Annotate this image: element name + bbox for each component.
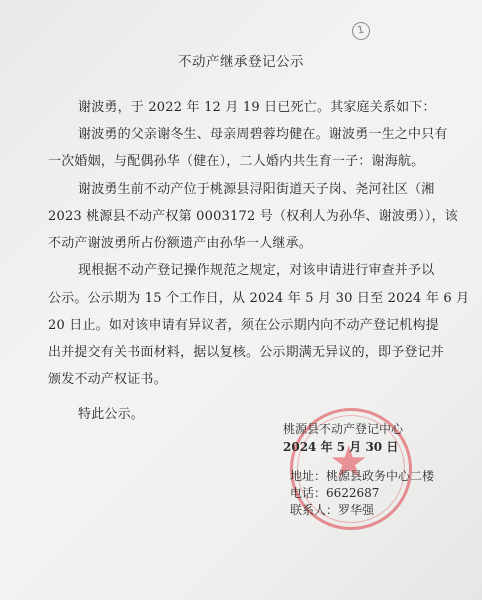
paragraph-3-line-1: 谢波勇生前不动产位于桃源县浔阳街道天子岗、尧河社区（湘 — [78, 178, 434, 197]
paragraph-3-line-3: 不动产谢波勇所占份额遗产由孙华一人继承。 — [48, 232, 312, 251]
paragraph-5-closing: 特此公示。 — [78, 403, 144, 422]
document-page: 1 不动产继承登记公示 谢波勇，于 2022 年 12 月 19 日已死亡。其家… — [0, 0, 482, 600]
paragraph-2-line-1: 谢波勇的父亲谢冬生、母亲周碧蓉均健在。谢波勇一生之中只有 — [78, 123, 448, 142]
paragraph-2-line-2: 一次婚姻，与配偶孙华（健在），二人婚内共生育一子：谢海航。 — [48, 150, 424, 169]
paragraph-4-line-5: 颁发不动产权证书。 — [48, 368, 167, 387]
handwritten-circled-number: 1 — [350, 20, 371, 41]
signature-date: 2024 年 5 月 30 日 — [283, 438, 398, 455]
paragraph-3-line-2: 2023 桃源县不动产权第 0003172 号（权利人为孙华、谢波勇）），该 — [48, 205, 458, 224]
contact-person: 联系人：罗华强 — [290, 501, 374, 518]
contact-phone: 电话：6622687 — [290, 484, 379, 501]
contact-address: 地址：桃源县政务中心二楼 — [290, 467, 434, 484]
signature-organization: 桃源县不动产登记中心 — [283, 420, 403, 437]
paragraph-4-line-1: 现根据不动产登记操作规范之规定，对该申请进行审查并予以 — [78, 259, 434, 278]
document-title: 不动产继承登记公示 — [0, 50, 482, 70]
paragraph-4-line-4: 出并提交有关书面材料，据以复核。公示期满无异议的，即予登记并 — [48, 341, 444, 360]
paragraph-1-line-1: 谢波勇，于 2022 年 12 月 19 日已死亡。其家庭关系如下： — [78, 96, 436, 115]
paragraph-4-line-3: 20 日止。如对该申请有异议者，须在公示期内向不动产登记机构提 — [48, 314, 439, 333]
paragraph-4-line-2: 公示。公示期为 15 个工作日，从 2024 年 5 月 30 日至 2024 … — [48, 287, 469, 306]
